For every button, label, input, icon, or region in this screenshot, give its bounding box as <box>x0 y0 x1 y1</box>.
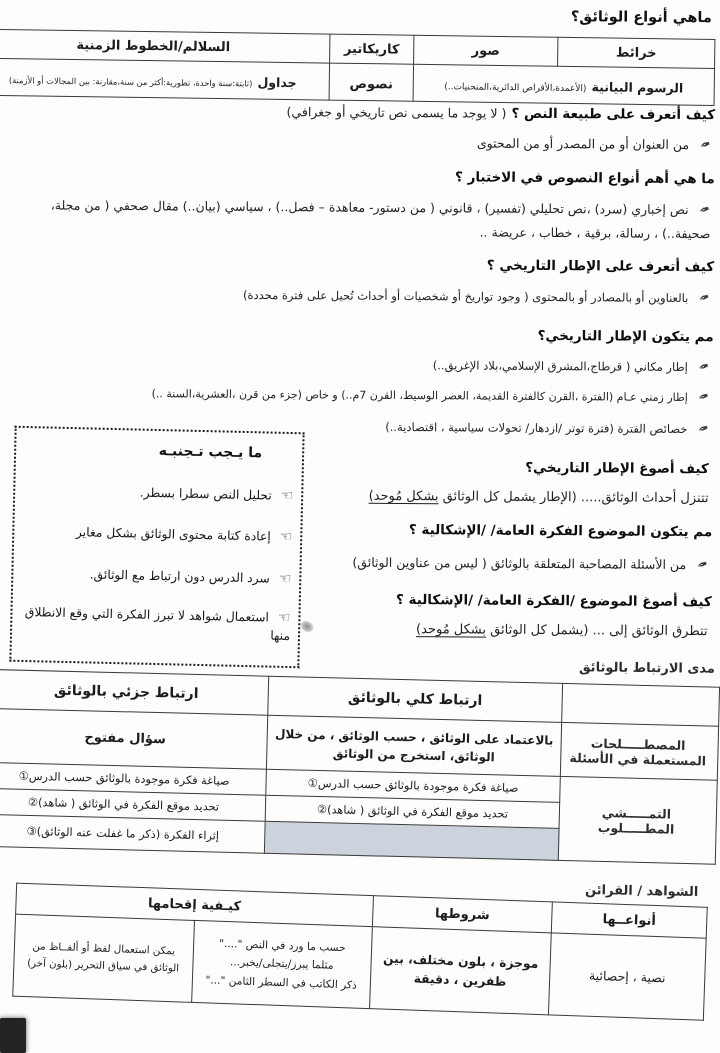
cell-total-terms: بالاعتماد على الوثائق ، حسب الوثائق ، من… <box>266 715 561 776</box>
tables-detail: (ثابتة:سنة واحدة، تطورية:أكثر من سنة،مقا… <box>9 75 253 88</box>
col-partial-linkage: ارتباط جزئي بالوثائق <box>0 669 269 715</box>
question-frame-components: مم يتكون الإطار التاريخي؟ <box>538 328 714 345</box>
answer-label: بالعناوين أو بالمصادر أو بالمحتوى ( وجود… <box>243 288 688 305</box>
cell-insertion-examples: حسب ما ورد في النص "...." مثلما يبرز/يتج… <box>191 920 372 1008</box>
answer-label: إطار زمني عـام (الفترة ،القرن كالفترة ال… <box>152 387 688 404</box>
question-subject-components: مم يتكون الموضوع الفكرة العامة/ /الإشكال… <box>409 522 713 540</box>
cell-total-shaded <box>264 821 559 860</box>
answer-frame-features: ✒ خصائص الفترة (فترة توتر /ازدهار/ تحولا… <box>385 420 709 437</box>
cell-tables: جداول (ثابتة:سنة واحدة، تطورية:أكثر من س… <box>0 58 330 100</box>
answer-frame-wording: تتنزل أحداث الوثائق..... (الإطار يشمل كل… <box>369 489 709 506</box>
avoid-item-label: إعادة كتابة محتوى الوثائق بشكل مغاير <box>76 525 271 543</box>
question-frame-wording: كيف أصوغ الإطار التاريخي؟ <box>525 460 709 477</box>
pen-icon: ✒ <box>696 421 711 439</box>
cell-pictures: صور <box>414 35 558 66</box>
answer-subject-components: ✒ من الأسئلة المصاحبة المتعلقة بالوثائق … <box>352 555 708 573</box>
answer-text-kinds: ✒ نص إخباري (سرد) ،نص تحليلي (تفسير) ، ق… <box>6 194 710 245</box>
question-subject-wording: كيف أصوغ الموضوع /الفكرة العامة/ /الإشكا… <box>396 592 712 610</box>
avoid-item: ☜ إعادة كتابة محتوى الوثائق بشكل مغاير <box>22 521 292 547</box>
underlined-phrase: بشكل مُوحد) <box>416 622 486 637</box>
avoid-item-label: سرد الدرس دون ارتباط مع الوثائق. <box>90 567 270 585</box>
cell-partial-terms: سؤال مفتوح <box>0 708 268 769</box>
question-note: ( لا يوجد ما يسمى نص تاريخي أو جغرافي) <box>287 104 507 121</box>
evidence-heading: الشواهد / القرائن <box>585 883 699 900</box>
linkage-heading: مدى الارتباط بالوثائق <box>579 660 715 676</box>
pen-icon: ✒ <box>695 557 710 575</box>
pen-icon: ✒ <box>696 389 711 407</box>
pointing-hand-icon: ☜ <box>280 486 293 507</box>
cell-graphs: الرسوم البيانية (الأعمدة،الأقراص الدائري… <box>413 64 714 105</box>
cell-evidence-types: نصية ، إحصائية <box>548 933 706 1020</box>
question-label: كيف أتعرف على طبيعة النص ؟ <box>511 106 715 123</box>
pen-icon: ✒ <box>696 199 714 224</box>
tables-name: جداول <box>257 74 296 90</box>
answer-label: من العنوان أو من المصدر أو من المحتوى <box>477 136 689 152</box>
answer-label: نص إخباري (سرد) ،نص تحليلي (تفسير) ، قان… <box>51 198 711 241</box>
cell-texts: نصوص <box>329 63 414 101</box>
answer-historical-frame: ✒ بالعناوين أو بالمصادر أو بالمحتوى ( وج… <box>243 288 710 306</box>
avoid-item: ☜ تحليل النص سطرا بسطر. <box>23 480 293 506</box>
row-label-line: المستعملة في الأسئلة <box>564 750 711 769</box>
scan-corner-artifact <box>0 1018 26 1053</box>
linkage-table: ارتباط كلي بالوثائق ارتباط جزئي بالوثائق… <box>0 669 720 864</box>
graphs-detail: (الأعمدة،الأقراص الدائرية،المنحنيات..) <box>444 82 586 94</box>
document-types-table: خرائط صور كاريكاتير السلالم/الخطوط الزمن… <box>5 29 716 106</box>
answer-subject-wording: تتطرق الوثائق إلى ... (يشمل كل الوثائق ب… <box>416 622 708 639</box>
cell-empty <box>562 683 720 726</box>
texts-name: نصوص <box>349 76 393 92</box>
row-label-steps-required: التمـــــشي المطـــــلوب <box>558 776 717 864</box>
cell-partial-step3: إثراء الفكرة (ذكر ما غفلت عنه الوثائق)③ <box>0 814 265 853</box>
row-label-terms: المصطـــــلحات المستعملة في الأسئلة <box>560 722 718 780</box>
avoid-item-label: استعمال شواهد لا تبرز الفكرة التي وقع ال… <box>25 605 290 643</box>
question-historical-frame: كيف أتعرف على الإطار التاريخي ؟ <box>487 258 714 276</box>
pen-icon: ✒ <box>698 137 713 155</box>
avoid-item: ☜ سرد الدرس دون ارتباط مع الوثائق. <box>21 563 291 589</box>
row-label-required: المطـــــلوب <box>562 818 709 837</box>
underlined-phrase: بشكل مُوحد) <box>369 489 439 504</box>
avoid-box-title: ما يـجب تـجنبـه <box>159 443 263 461</box>
pointing-hand-icon: ☜ <box>279 527 292 548</box>
answer-label: خصائص الفترة (فترة توتر /ازدهار/ تحولات … <box>385 420 687 436</box>
cell-timelines: السلالم/الخطوط الزمنية <box>0 29 330 63</box>
cell-caricature: كاريكاتير <box>330 34 414 64</box>
answer-text-nature: ✒ من العنوان أو من المصدر أو من المحتوى <box>477 136 711 154</box>
answer-label: تتطرق الوثائق إلى ... (يشمل كل الوثائق <box>486 623 708 640</box>
answer-label: من الأسئلة المصاحبة المتعلقة بالوثائق ( … <box>352 555 686 572</box>
pen-icon: ✒ <box>696 359 711 377</box>
cell-evidence-conditions: موجزة ، بلون مختلف، بين ظفرين ، دقيقة <box>370 927 552 1015</box>
answer-frame-time: ✒ إطار زمني عـام (الفترة ،القرن كالفترة … <box>152 386 710 405</box>
answer-frame-place: ✒ إطار مكاني ( قرطاج،المشرق الإسلامي،بلا… <box>433 358 710 375</box>
pen-icon: ✒ <box>697 290 712 308</box>
cell-insertion-note: يمكن استعمال لفظ أو ألفــاظ من الوثائق ف… <box>13 914 194 1002</box>
page-title: ماهي أنواع الوثائق؟ <box>571 9 712 26</box>
question-text-kinds: ما هي أهم أنواع النصوص في الاختبار ؟ <box>455 169 715 187</box>
evidence-table: أنواعــها شروطها كيـفية إقحامها نصية ، إ… <box>28 883 708 1021</box>
avoid-box: ما يـجب تـجنبـه ☜ تحليل النص سطرا بسطر. … <box>9 426 304 669</box>
answer-label: تتنزل أحداث الوثائق..... (الإطار يشمل كل… <box>439 489 709 506</box>
pointing-hand-icon: ☜ <box>278 608 291 629</box>
pointing-hand-icon: ☜ <box>279 569 292 590</box>
cell-maps: خرائط <box>558 37 715 68</box>
avoid-item-label: تحليل النص سطرا بسطر. <box>140 486 272 503</box>
graphs-name: الرسوم البيانية <box>591 79 683 95</box>
answer-label: إطار مكاني ( قرطاج،المشرق الإسلامي،بلاد … <box>433 358 688 374</box>
avoid-item: ☜ استعمال شواهد لا تبرز الفكرة التي وقع … <box>20 602 291 646</box>
